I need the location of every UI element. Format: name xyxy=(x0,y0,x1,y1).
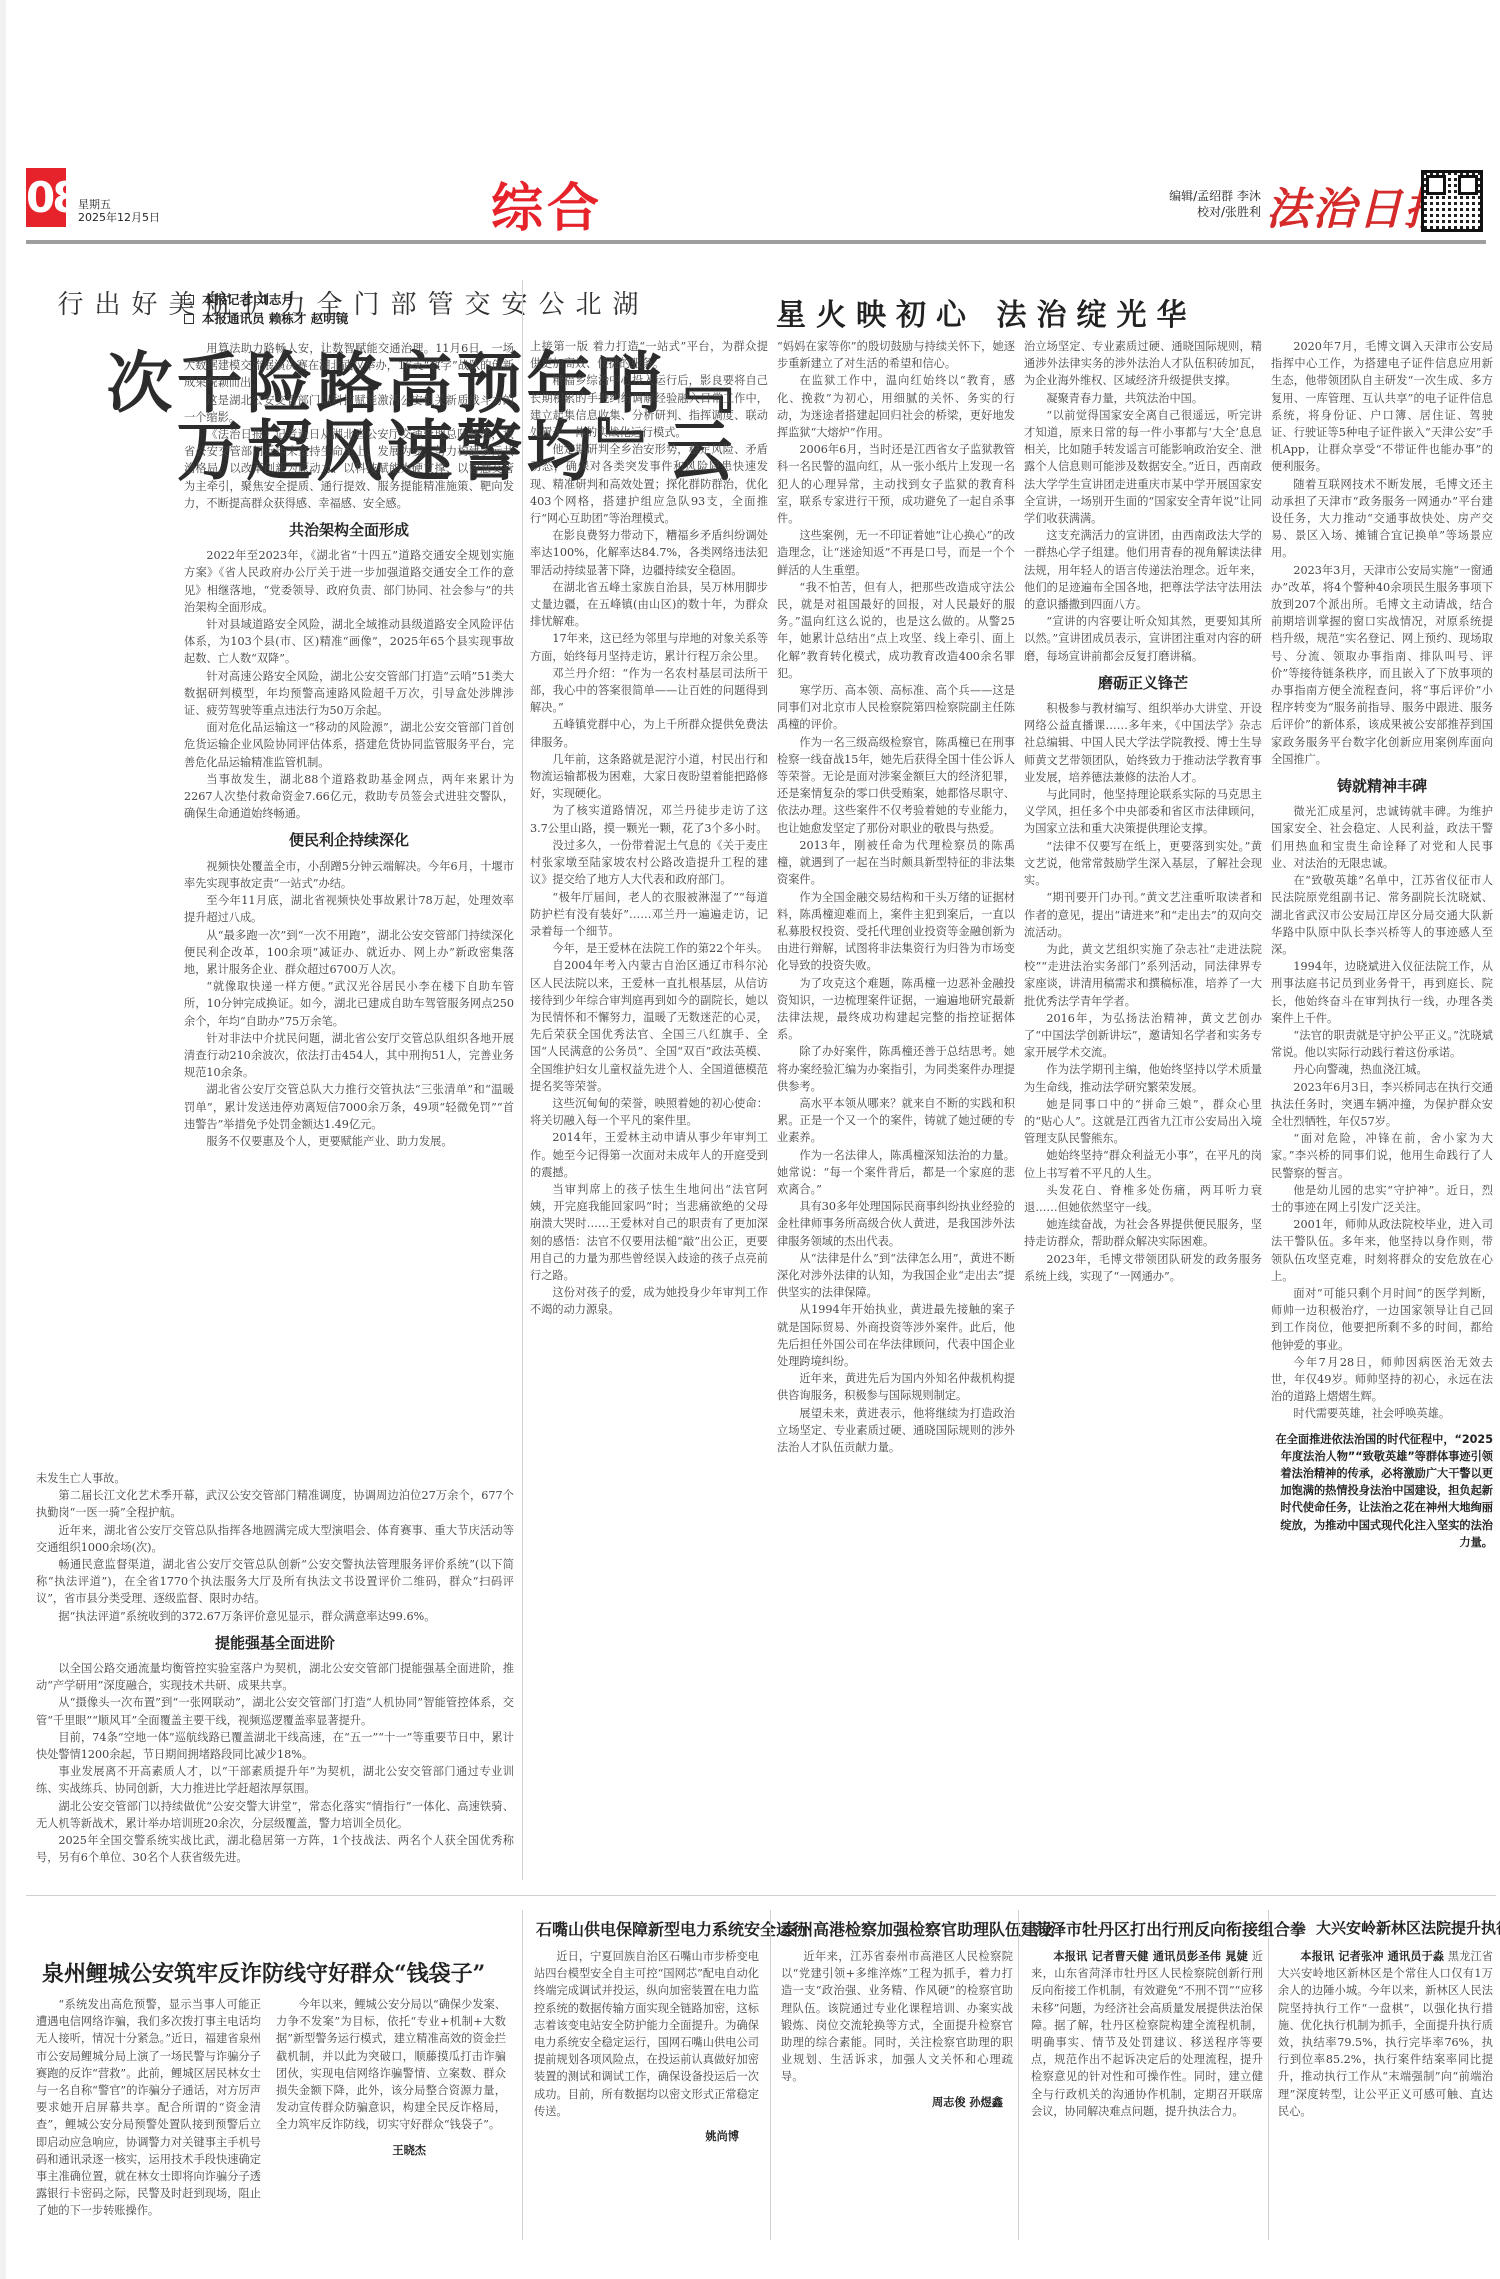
paragraph: 未发生亡人事故。 xyxy=(36,1470,514,1487)
paragraph: 针对高速公路安全风险，湖北公安交管部门打造“云哨”51类大数据研判模型，年均预警… xyxy=(184,668,514,720)
paragraph: 服务不仅要惠及个人，更要赋能产业、助力发展。 xyxy=(184,1133,514,1150)
paragraph: “法律不仅要写在纸上，更要落到实处。”黄文艺说，他常常鼓励学生深入基层，了解社会… xyxy=(1024,838,1262,890)
paragraph: 第二届长江文化艺术季开幕，武汉公安交管部门精准调度，协调周边泊位27万余个，67… xyxy=(36,1487,514,1521)
author: 王晓杰 xyxy=(276,2142,426,2159)
editors: 编辑/孟绍群 李沐 xyxy=(1131,188,1261,204)
paragraph: 她是同事口中的“拼命三娘”，群众心里的“贴心人”。这就是江西省九江市公安局出入境… xyxy=(1024,1096,1262,1148)
paragraph: 2023年3月，天津市公安局实施“一窗通办”改革，将4个警种40余项民生服务事项… xyxy=(1271,562,1493,768)
paragraph: 为了核实道路情况，邓兰丹徒步走访了这3.7公里山路，摸一颗光一颗，花了3个多小时… xyxy=(530,802,768,836)
feature-column-4: 2020年7月，毛博文调入天津市公安局指挥中心工作，为搭建电子证件信息应用新生态… xyxy=(1271,338,1493,1883)
subheading: 提能强基全面进阶 xyxy=(36,1635,514,1652)
paragraph: 丹心向警魂，热血浇江城。 xyxy=(1271,1061,1493,1078)
paragraph: 为了攻克这个难题，陈禹橦一边恶补金融投资知识，一边梳理案件证据，一遍遍地研究最新… xyxy=(777,975,1015,1044)
paragraph: 2013年，刚被任命为代理检察员的陈禹橦，就遇到了一起在当时颇具新型特征的非法集… xyxy=(777,837,1015,889)
paragraph: 用算法助力路畅人安，让数智赋能交通治理。11月6日，一场大数据建模交流展演决赛在… xyxy=(184,340,514,392)
paragraph: 糟福乡综治中心投入运行后，影良要将自己长期积累的手把纠纷调解经验融入日常工作中，… xyxy=(530,372,768,441)
feature-column-3: 治立场坚定、专业素质过硬、通晓国际规则，精通涉外法律实务的涉外法治人才队伍积砖加… xyxy=(1024,338,1262,1883)
lead-article-column: 本报记者 刘志月 本报通讯员 赖栋才 赵明镜 用算法助力路畅人安，让数智赋能交通… xyxy=(184,290,514,1460)
dateline: 在全面推进依法治国的时代征程中，“2025年度法治人物”“致敬英雄”等群体事迹引… xyxy=(1271,1431,1493,1551)
paragraph: 头发花白、脊椎多处伤痛，两耳听力衰退……但她依然坚守一线。 xyxy=(1024,1182,1262,1216)
paragraph: 2016年，为弘扬法治精神，黄文艺创办了“中国法学创新讲坛”，邀请知名学者和实务… xyxy=(1024,1010,1262,1062)
paragraph: 2014年，王爱林主动申请从事少年审判工作。她至今记得第一次面对未成年人的开庭受… xyxy=(530,1129,768,1181)
subheading: 便民利企持续深化 xyxy=(184,832,514,849)
author: 周志俊 孙煜鑫 xyxy=(781,2094,1003,2111)
paragraph: “极年厅届间，老人的衣服被淋湿了”“每道防护栏有没有装好”……邓兰丹一遍遍走访，… xyxy=(530,889,768,941)
paragraph: 2020年7月，毛博文调入天津市公安局指挥中心工作，为搭建电子证件信息应用新生态… xyxy=(1271,338,1493,476)
paragraph: 没过多久，一份带着泥土气息的《关于麦庄村张家墩至陆家坡农村公路改造提升工程的建议… xyxy=(530,837,768,889)
paragraph: 作为一名法律人，陈禹橦深知法治的力量。她常说：“每一个案件背后，都是一个家庭的悲… xyxy=(777,1147,1015,1199)
paragraph: 与此同时，他坚持理论联系实际的马克思主义学风，担任多个中央部委和省区市法律顾问，… xyxy=(1024,786,1262,838)
proofreader: 校对/张胜利 xyxy=(1131,204,1261,220)
newspaper-page: 08 星期五 2025年12月5日 综合 编辑/孟绍群 李沐 校对/张胜利 法治… xyxy=(0,0,1500,2279)
paragraph: “妈妈在家等你”的殷切鼓励与持续关怀下，她逐步重新建立了对生活的希望和信心。 xyxy=(777,338,1015,372)
paragraph: 时代需要英雄，社会呼唤英雄。 xyxy=(1271,1405,1493,1422)
paragraph: 五峰镇党群中心，为上千所群众提供免费法律服务。 xyxy=(530,716,768,750)
brief-lead: 本报讯 记者曹天健 通讯员彭圣伟 晁婕 xyxy=(1053,1950,1248,1963)
brief-quanzhou-col-2: 今年以来，鲤城公安分局以“确保少发案、力争不发案”为目标，依托“专业+机制+大数… xyxy=(276,1996,506,2266)
paragraph: 寒学历、高本领、高标准、高个兵——这是同事们对北京市人民检察院第四检察院副主任陈… xyxy=(777,682,1015,734)
brief-quanzhou-col-1: “系统发出高危预警，显示当事人可能正遭遇电信网络诈骗，我们多次拨打事主电话均无人… xyxy=(36,1996,261,2266)
paragraph: 这些沉甸甸的荣誉，映照着她的初心使命：将关切融入每一个平凡的案件里。 xyxy=(530,1095,768,1129)
qr-code-icon[interactable] xyxy=(1421,170,1483,232)
issue-date: 2025年12月5日 xyxy=(78,211,160,224)
paragraph: 作为法学期刊主编，他始终坚持以学术质量为生命线，推动法学研究繁荣发展。 xyxy=(1024,1061,1262,1095)
section-divider xyxy=(26,1895,1496,1896)
byline-correspondents: 本报通讯员 赖栋才 赵明镜 xyxy=(184,309,514,328)
paragraph: 当审判席上的孩子怯生生地问出“法官阿姨，开完庭我能回家吗”时；当悲痛欲绝的父母崩… xyxy=(530,1181,768,1284)
subheading: 共治架构全面形成 xyxy=(184,522,514,539)
paragraph: 高水平本领从哪来？就来自不断的实践和积累。正是一个又一个的案件，铸就了她过硬的专… xyxy=(777,1095,1015,1147)
paragraph: 近年来，江苏省泰州市高港区人民检察院以“党建引领+多维淬炼”工程为抓手，着力打造… xyxy=(781,1948,1013,2086)
paragraph: 2006年6月，当时还是江西省女子监狱教管科一名民警的温向红，从一张小纸片上发现… xyxy=(777,441,1015,527)
paragraph: 本报讯 记者曹天健 通讯员彭圣伟 晁婕 近来，山东省菏泽市牡丹区人民检察院创新行… xyxy=(1031,1948,1263,2120)
paragraph: 据“执法评道”系统收到的372.67万条评价意见显示，群众满意率达99.6%。 xyxy=(36,1608,514,1625)
paragraph: 湖北公安交管部门以持续做优“公安交警大讲堂”，常态化落实“情指行”一体化、高速铁… xyxy=(36,1798,514,1832)
paragraph: 凝聚青春力量，共筑法治中国。 xyxy=(1024,390,1262,407)
paragraph: 事业发展离不开高素质人才，以“干部素质提升年”为契机，湖北公安交管部门通过专业训… xyxy=(36,1763,514,1797)
brief-headline-xinlin: 大兴安岭新林区法院提升执行质效 xyxy=(1316,1917,1500,1938)
paragraph: 这份对孩子的爱，成为她投身少年审判工作不竭的动力源泉。 xyxy=(530,1284,768,1318)
paragraph: 视频快处覆盖全市，小刮蹭5分钟云端解决。今年6月，十堰市率先实现事故定责“一站式… xyxy=(184,858,514,892)
paragraph: 具有30多年处理国际民商事纠纷执业经验的金杜律师事务所高级合伙人黄进，是我国涉外… xyxy=(777,1198,1015,1250)
feature-headline: 星火映初心 法治绽光华 xyxy=(776,290,1196,334)
brief-headline-shizuishan: 石嘴山供电保障新型电力系统安全运行 xyxy=(536,1917,808,1940)
brief-shizuishan-body: 近日，宁夏回族自治区石嘴山市步桥变电站四台模型安全自主可控“国网芯”配电自动化终… xyxy=(534,1948,759,2248)
paragraph: 从1994年开始执业，黄进最先接触的案子就是国际贸易、外商投资等涉外案件。此后，… xyxy=(777,1301,1015,1370)
brief-taizhou-body: 近年来，江苏省泰州市高港区人民检察院以“党建引领+多维淬炼”工程为抓手，着力打造… xyxy=(781,1948,1013,2248)
paragraph: “以前觉得国家安全离自己很遥远，听完讲才知道，原来日常的每一件小事都与‘大全’息… xyxy=(1024,407,1262,527)
paragraph: 治立场坚定、专业素质过硬、通晓国际规则，精通涉外法律实务的涉外法治人才队伍积砖加… xyxy=(1024,338,1262,390)
column-divider xyxy=(522,1910,523,2240)
paragraph: 他是幼儿园的忠实“守护神”。近日，烈士的事迹在网上引发广泛关注。 xyxy=(1271,1182,1493,1216)
author: 姚尚博 xyxy=(534,2128,739,2145)
masthead: 08 星期五 2025年12月5日 综合 编辑/孟绍群 李沐 校对/张胜利 法治… xyxy=(26,168,1496,232)
paragraph: 近年来，黄进先后为国内外知名仲裁机构提供咨询服务，积极参与国际规则制定。 xyxy=(777,1370,1015,1404)
feature-column-1: 上接第一版 着力打造“一站式”平台，为群众提供更加高效、便捷的服务。 糟福乡综治… xyxy=(530,338,768,1883)
paragraph: 针对县域道路安全风险，湖北全域推动县级道路安全风险评估体系，为103个县(市、区… xyxy=(184,616,514,668)
section-title: 综合 xyxy=(491,166,603,241)
paragraph: 在影良费努力带动下，糟福乡矛盾纠纷调处率达100%，化解率达84.7%，各类网络… xyxy=(530,527,768,579)
paragraph: 当事故发生，湖北88个道路救助基金网点，两年来累计为2267人次垫付救命资金7.… xyxy=(184,771,514,823)
masthead-divider xyxy=(26,240,1486,244)
paragraph: 从“摄像头一次布置”到“一张网联动”，湖北公安交管部门打造“人机协同”智能管控体… xyxy=(36,1694,514,1728)
paragraph: 她始终坚持“群众利益无小事”，在平凡的岗位上书写着不平凡的人生。 xyxy=(1024,1147,1262,1181)
lead-article-continuation: 未发生亡人事故。 第二届长江文化艺术季开幕，武汉公安交管部门精准调度，协调周边泊… xyxy=(36,1470,514,1865)
paragraph: “我不怕苦，但有人，把那些改造成守法公民，就是对祖国最好的回报，对人民最好的服务… xyxy=(777,579,1015,682)
brief-heze-body: 本报讯 记者曹天健 通讯员彭圣伟 晁婕 近来，山东省菏泽市牡丹区人民检察院创新行… xyxy=(1031,1948,1263,2248)
column-divider xyxy=(1268,1910,1269,2240)
paragraph: “系统发出高危预警，显示当事人可能正遭遇电信网络诈骗，我们多次拨打事主电话均无人… xyxy=(36,1996,261,2220)
subheading: 磨砺正义锋芒 xyxy=(1024,675,1262,692)
paragraph: 2025年全国交警系统实战比武，湖北稳居第一方阵，1个技战法、两名个人获全国优秀… xyxy=(36,1832,514,1865)
brief-xinlin-body: 本报讯 记者张冲 通讯员于淼 黑龙江省大兴安岭地区新林区是个常住人口仅有1万余人… xyxy=(1278,1948,1493,2248)
paragraph: 上接第一版 着力打造“一站式”平台，为群众提供更加高效、便捷的服务。 xyxy=(530,338,768,372)
paragraph: 今年，是王爱林在法院工作的第22个年头。 xyxy=(530,940,768,957)
paragraph: 为此，黄文艺组织实施了杂志社“走进法院校”“走进法治实务部门”系列活动，同法律界… xyxy=(1024,941,1262,1010)
brief-headline-quanzhou: 泉州鲤城公安筑牢反诈防线守好群众“钱袋子” xyxy=(42,1957,485,1988)
paragraph: 这些案例，无一不印证着她“让心换心”的改造理念，让“迷途知返”不再是口号，而是一… xyxy=(777,527,1015,579)
paragraph: 今年以来，鲤城公安分局以“确保少发案、力争不发案”为目标，依托“专业+机制+大数… xyxy=(276,1996,506,2134)
paragraph: 在湖北省五峰土家族自治县，吴万林用脚步丈量边疆，在五峰镇(由山区)的数十年，为群… xyxy=(530,579,768,631)
paragraph: 在“致敬英雄”名单中，江苏省仪征市人民法院原党组副书记、常务副院长沈晓斌、湖北省… xyxy=(1271,872,1493,958)
paragraph: 今年7月28日，师帅因病医治无效去世，年仅49岁。师帅坚持的初心，永远在法治的道… xyxy=(1271,1354,1493,1406)
paragraph: 这支充满活力的宣讲团，由西南政法大学的一群热心学子组建。他们用青春的视角解读法律… xyxy=(1024,527,1262,613)
square-bullet-icon xyxy=(184,295,194,305)
paragraph: 近日，宁夏回族自治区石嘴山市步桥变电站四台模型安全自主可控“国网芯”配电自动化终… xyxy=(534,1948,759,2120)
paragraph: 近年来，湖北省公安厅交管总队指挥各地圆满完成大型演唱会、体育赛事、重大节庆活动等… xyxy=(36,1522,514,1556)
paragraph: 从“最多跑一次”到“一次不用跑”，湖北公安交管部门持续深化便民利企改革，100余… xyxy=(184,927,514,979)
paragraph: 他定期研判全乡治安形势，稳定风险、矛盾动态，确保对各类突发事件和风险隐患快速发现… xyxy=(530,441,768,527)
paragraph: “就像取快递一样方便。”武汉光谷居民小李在楼下自助车管所，10分钟完成换证。如今… xyxy=(184,978,514,1030)
paragraph: “面对危险，冲锋在前，舍小家为大家。”李兴桥的同事们说，他用生命践行了人民警察的… xyxy=(1271,1130,1493,1182)
date-block: 星期五 2025年12月5日 xyxy=(78,198,160,224)
paragraph: 微光汇成星河，忠诚铸就丰碑。为维护国家安全、社会稳定、人民利益，政法干警们用热血… xyxy=(1271,803,1493,872)
paragraph: 本报讯 记者张冲 通讯员于淼 黑龙江省大兴安岭地区新林区是个常住人口仅有1万余人… xyxy=(1278,1948,1493,2120)
paragraph: 2022年至2023年，《湖北省“十四五”道路交通安全规划实施方案》《省人民政府… xyxy=(184,547,514,616)
brief-headline-heze: 菏泽市牡丹区打出行刑反向衔接组合拳 xyxy=(1034,1917,1306,1940)
paragraph: 2001年，师帅从政法院校毕业，进入司法干警队伍。多年来，他坚持以身作则，带领队… xyxy=(1271,1216,1493,1285)
paragraph: 以全国公路交通流量均衡管控实验室落户为契机，湖北公安交管部门提能强基全面进阶，推… xyxy=(36,1660,514,1694)
column-divider xyxy=(522,280,523,1880)
editor-credits: 编辑/孟绍群 李沐 校对/张胜利 xyxy=(1131,188,1261,220)
paragraph: 针对非法中介扰民问题，湖北省公安厅交管总队组织各地开展清查行动210余波次，依法… xyxy=(184,1030,514,1082)
brief-lead: 本报讯 记者张冲 通讯员于淼 xyxy=(1300,1950,1444,1963)
paragraph: 这是湖北公安交管部门以科技赋能激活公安机关新质战斗力的一个缩影。 xyxy=(184,392,514,426)
paragraph: 《法治日报》记者近日从湖北省公安厅交通管理总队获悉，该省公安交管部门近年来坚持生… xyxy=(184,426,514,512)
paragraph: “法官的职责就是守护公平正义。”沈晓斌常说。他以实际行动践行着这份承诺。 xyxy=(1271,1027,1493,1061)
paragraph: 1994年，边晓斌进入仪征法院工作，从刑事法庭书记员到业务骨干，再到庭长、院长，… xyxy=(1271,958,1493,1027)
paragraph: 积极参与教材编写、组织举办大讲堂、开设网络公益直播课……多年来，《中国法学》杂志… xyxy=(1024,700,1262,786)
paragraph: 从“法律是什么”到“法律怎么用”，黄进不断深化对涉外法律的认知，为我国企业“走出… xyxy=(777,1250,1015,1302)
paragraph: 除了办好案件，陈禹橦还善于总结思考。她将办案经验汇编为办案指引，为同类案件办理提… xyxy=(777,1043,1015,1095)
subheading: 铸就精神丰碑 xyxy=(1271,778,1493,795)
column-divider xyxy=(1018,1910,1019,2240)
paragraph: 面对“可能只剩个月时间”的医学判断，师帅一边积极治疗，一边国家领导让自己回到工作… xyxy=(1271,1285,1493,1354)
feature-column-2: “妈妈在家等你”的殷切鼓励与持续关怀下，她逐步重新建立了对生活的希望和信心。 在… xyxy=(777,338,1015,1883)
paragraph: 作为一名三级高级检察官，陈禹橦已在刑事检察一线奋战15年，她先后获得全国十佳公诉… xyxy=(777,734,1015,837)
paragraph: 湖北省公安厅交管总队大力推行交管执法“三张清单”和“温暖罚单”，累计发送违停劝离… xyxy=(184,1081,514,1133)
paragraph: 2023年6月3日，李兴桥同志在执行交通执法任务时，突遇车辆冲撞，为保护群众安全… xyxy=(1271,1079,1493,1131)
page-number: 08 xyxy=(26,168,66,227)
paragraph: 2023年，毛博文带领团队研发的政务服务系统上线，实现了“一网通办”。 xyxy=(1024,1251,1262,1285)
paragraph: 随着互联网技术不断发展，毛博文还主动承担了天津市“政务服务一网通办”平台建设任务… xyxy=(1271,476,1493,562)
paragraph: 展望未来，黄进表示，他将继续为打造政治立场坚定、专业素质过硬、通晓国际规则的涉外… xyxy=(777,1405,1015,1457)
paragraph: 她连续奋战，为社会各界提供便民服务，坚持走访群众，帮助群众解决实际困难。 xyxy=(1024,1216,1262,1250)
paragraph: 邓兰丹介绍：“作为一名农村基层司法所干部，我心中的答案很简单——让百姓的问题得到… xyxy=(530,665,768,717)
paragraph: 17年来，这已经为邻里与岸地的对象关系等方面，始终每月坚持走访，累计行程万余公里… xyxy=(530,630,768,664)
weekday: 星期五 xyxy=(78,198,160,211)
paragraph: 在监狱工作中，温向红始终以“教育，感化、挽救”为初心，用细腻的关怀、务实的行动，… xyxy=(777,372,1015,441)
paragraph: “期刊要开门办刊。”黄文艺注重听取读者和作者的意见，提出“请进来”和“走出去”的… xyxy=(1024,889,1262,941)
column-divider xyxy=(770,1910,771,2240)
paragraph: 畅通民意监督渠道，湖北省公安厅交管总队创新“公安交警执法管理服务评价系统”(以下… xyxy=(36,1556,514,1608)
square-bullet-icon xyxy=(184,314,194,324)
paragraph: 面对危化品运输这一“移动的风险源”，湖北公安交管部门首创危货运输企业风险协同评估… xyxy=(184,719,514,771)
paragraph: “宣讲的内容要让听众知其然，更要知其所以然。”宣讲团成员表示，宣讲团注重对内容的… xyxy=(1024,613,1262,665)
paragraph: 作为全国金融交易结构和干头万绪的证据材料，陈禹橦迎难而上，案件主犯到案后，一直以… xyxy=(777,889,1015,975)
paragraph: 目前，74条“空地一体”巡航线路已覆盖湖北干线高速，在“五一”“十一”等重要节日… xyxy=(36,1729,514,1763)
byline-reporter: 本报记者 刘志月 xyxy=(184,290,514,309)
paragraph: 自2004年考入内蒙古自治区通辽市科尔沁区人民法院以来，王爱林一直扎根基层，从信… xyxy=(530,957,768,1095)
paragraph: 几年前，这条路就是泥泞小道，村民出行和物流运输都极为困难，大家日夜盼望着能把路修… xyxy=(530,751,768,803)
paragraph: 至今年11月底，湖北省视频快处事故累计78万起，处理效率提升超过八成。 xyxy=(184,892,514,926)
brief-headline-taizhou: 泰州高港检察加强检察官助理队伍建设 xyxy=(781,1917,1053,1940)
